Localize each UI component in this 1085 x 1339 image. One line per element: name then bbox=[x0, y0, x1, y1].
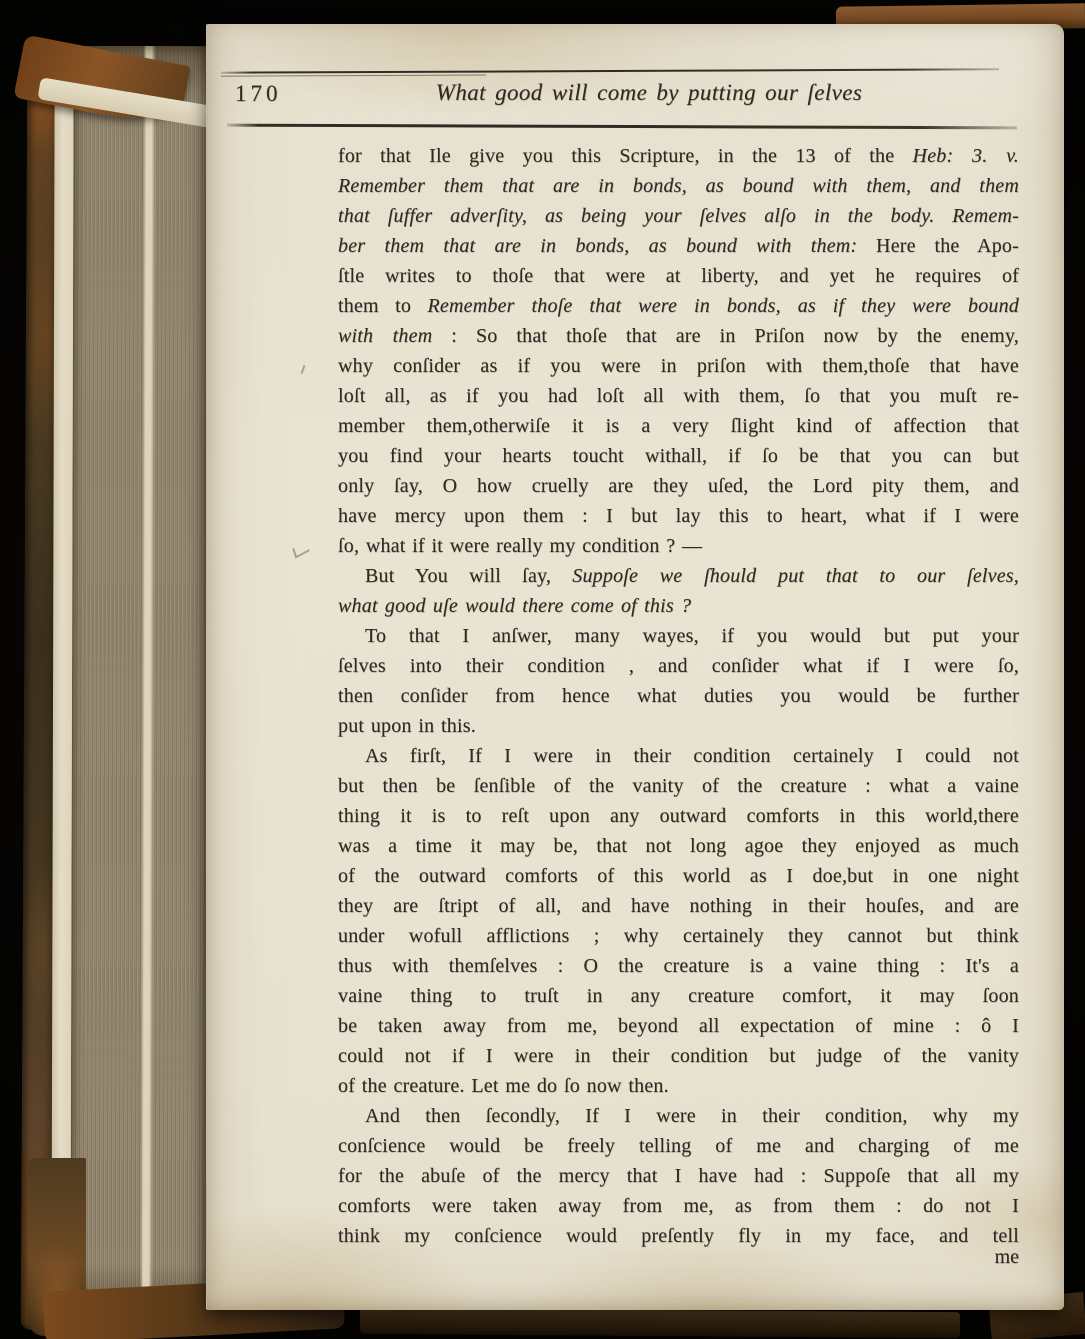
text-line: comforts were taken away from me, as fro… bbox=[338, 1191, 1019, 1221]
text-line: for the abuſe of the mercy that I have h… bbox=[338, 1161, 1019, 1191]
book-scan: 170 What good will come by putting our ſ… bbox=[0, 0, 1085, 1339]
text-segment: : So that thoſe that are in Priſon now b… bbox=[432, 325, 1019, 347]
text-segment: vaine thing to truſt in any creature com… bbox=[338, 985, 1019, 1007]
text-segment: put upon in this. bbox=[338, 715, 476, 737]
text-line: then conſider from hence what duties you… bbox=[338, 681, 1019, 711]
text-segment: but then be ſenſible of the vanity of th… bbox=[338, 775, 1019, 797]
text-segment: could not if I were in their condition b… bbox=[338, 1045, 1019, 1067]
text-segment: only ſay, O how cruelly are they uſed, t… bbox=[338, 475, 1019, 497]
text-line: they are ſtript of all, and have nothing… bbox=[338, 891, 1019, 921]
text-segment: be taken away from me, beyond all expect… bbox=[338, 1015, 1019, 1037]
text-line: As firſt, If I were in their condition c… bbox=[338, 741, 1019, 771]
text-line: thing it is to reſt upon any outward com… bbox=[338, 801, 1019, 831]
italic-text-segment: Heb: 3. v. bbox=[913, 145, 1019, 167]
text-segment: why conſider as if you were in priſon wi… bbox=[338, 355, 1019, 377]
text-line: ber them that are in bonds, as bound wit… bbox=[338, 231, 1019, 261]
text-segment: they are ſtript of all, and have nothing… bbox=[338, 895, 1019, 917]
text-segment: And then ſecondly, If I were in their co… bbox=[365, 1105, 1019, 1127]
text-segment: for that Ile give you this Scripture, in… bbox=[338, 145, 913, 167]
italic-text-segment: what good uſe would there come of this ? bbox=[338, 595, 691, 617]
book-binding-bottom-edge bbox=[360, 1308, 960, 1338]
text-line: but then be ſenſible of the vanity of th… bbox=[338, 771, 1019, 801]
text-line: ſelves into their condition , and conſid… bbox=[338, 651, 1019, 681]
text-segment: have mercy upon them : I but lay this to… bbox=[338, 505, 1019, 527]
text-line: be taken away from me, beyond all expect… bbox=[338, 1011, 1019, 1041]
body-text: for that Ile give you this Scripture, in… bbox=[338, 141, 1019, 1251]
text-segment: To that I anſwer, many wayes, if you wou… bbox=[365, 625, 1019, 647]
header-rule-bottom bbox=[227, 124, 1017, 129]
italic-text-segment: Remember them that are in bonds, as boun… bbox=[338, 175, 1019, 197]
text-segment: them to bbox=[338, 295, 428, 317]
text-line: put upon in this. bbox=[338, 711, 1019, 741]
text-line: of the creature. Let me do ſo now then. bbox=[338, 1071, 1019, 1101]
text-line: To that I anſwer, many wayes, if you wou… bbox=[338, 621, 1019, 651]
text-segment: comforts were taken away from me, as fro… bbox=[338, 1195, 1019, 1217]
text-segment: loſt all, as if you had loſt all with th… bbox=[338, 385, 1019, 407]
text-segment: Here the Apo- bbox=[857, 235, 1019, 257]
text-line: vaine thing to truſt in any creature com… bbox=[338, 981, 1019, 1011]
text-line: ſtle writes to thoſe that were at libert… bbox=[338, 261, 1019, 291]
text-line: could not if I were in their condition b… bbox=[338, 1041, 1019, 1071]
text-line: And then ſecondly, If I were in their co… bbox=[338, 1101, 1019, 1131]
text-segment: was a time it may be, that not long agoe… bbox=[338, 835, 1019, 857]
running-header: What good will come by putting our ſelve… bbox=[325, 80, 973, 106]
text-segment: As firſt, If I were in their condition c… bbox=[365, 745, 1019, 767]
text-segment: thus with themſelves : O the creature is… bbox=[338, 955, 1019, 977]
italic-text-segment: Suppoſe we ſhould put that to our ſelves… bbox=[572, 565, 1019, 587]
text-line: member them,otherwiſe it is a very ſligh… bbox=[338, 411, 1019, 441]
text-line: was a time it may be, that not long agoe… bbox=[338, 831, 1019, 861]
book-page: 170 What good will come by putting our ſ… bbox=[206, 24, 1064, 1310]
text-line: with them : So that thoſe that are in Pr… bbox=[338, 321, 1019, 351]
text-segment: of the outward comforts of this world as… bbox=[338, 865, 1019, 887]
text-segment: you find your hearts toucht withall, if … bbox=[338, 445, 1019, 467]
text-segment: think my conſcience would preſently fly … bbox=[338, 1225, 1019, 1247]
text-line: only ſay, O how cruelly are they uſed, t… bbox=[338, 471, 1019, 501]
text-segment: But You will ſay, bbox=[365, 565, 572, 587]
text-segment: under wofull afflictions ; why certainel… bbox=[338, 925, 1019, 947]
text-line: them to Remember thoſe that were in bond… bbox=[338, 291, 1019, 321]
text-line: for that Ile give you this Scripture, in… bbox=[338, 141, 1019, 171]
text-segment: ſo, what if it were really my condition … bbox=[338, 535, 702, 557]
text-line: Remember them that are in bonds, as boun… bbox=[338, 171, 1019, 201]
text-line: thus with themſelves : O the creature is… bbox=[338, 951, 1019, 981]
italic-text-segment: ber them that are in bonds, as bound wit… bbox=[338, 235, 857, 257]
text-segment: ſtle writes to thoſe that were at libert… bbox=[338, 265, 1019, 287]
text-line: you find your hearts toucht withall, if … bbox=[338, 441, 1019, 471]
text-line: But You will ſay, Suppoſe we ſhould put … bbox=[338, 561, 1019, 591]
text-line: under wofull afflictions ; why certainel… bbox=[338, 921, 1019, 951]
header-rule-top bbox=[221, 68, 999, 73]
italic-text-segment: with them bbox=[338, 325, 432, 347]
text-segment: conſcience would be freely telling of me… bbox=[338, 1135, 1019, 1157]
text-line: ſo, what if it were really my condition … bbox=[338, 531, 1019, 561]
catchword: me bbox=[338, 1246, 1019, 1269]
text-segment: member them,otherwiſe it is a very ſligh… bbox=[338, 415, 1019, 437]
italic-text-segment: that ſuffer adverſity, as being your ſel… bbox=[338, 205, 1019, 227]
text-line: of the outward comforts of this world as… bbox=[338, 861, 1019, 891]
text-segment: for the abuſe of the mercy that I have h… bbox=[338, 1165, 1019, 1187]
text-line: why conſider as if you were in priſon wi… bbox=[338, 351, 1019, 381]
text-line: have mercy upon them : I but lay this to… bbox=[338, 501, 1019, 531]
marginal-ink-mark bbox=[301, 365, 306, 374]
italic-text-segment: Remember thoſe that were in bonds, as if… bbox=[428, 295, 1019, 317]
text-segment: ſelves into their condition , and conſid… bbox=[338, 655, 1019, 677]
text-segment: of the creature. Let me do ſo now then. bbox=[338, 1075, 669, 1097]
marginal-ink-mark bbox=[292, 541, 309, 558]
text-line: loſt all, as if you had loſt all with th… bbox=[338, 381, 1019, 411]
text-line: conſcience would be freely telling of me… bbox=[338, 1131, 1019, 1161]
text-line: what good uſe would there come of this ? bbox=[338, 591, 1019, 621]
page-number: 170 bbox=[235, 81, 282, 107]
text-segment: then conſider from hence what duties you… bbox=[338, 685, 1019, 707]
book-fore-edge-pages bbox=[70, 46, 210, 1316]
text-line: that ſuffer adverſity, as being your ſel… bbox=[338, 201, 1019, 231]
text-segment: thing it is to reſt upon any outward com… bbox=[338, 805, 1019, 827]
